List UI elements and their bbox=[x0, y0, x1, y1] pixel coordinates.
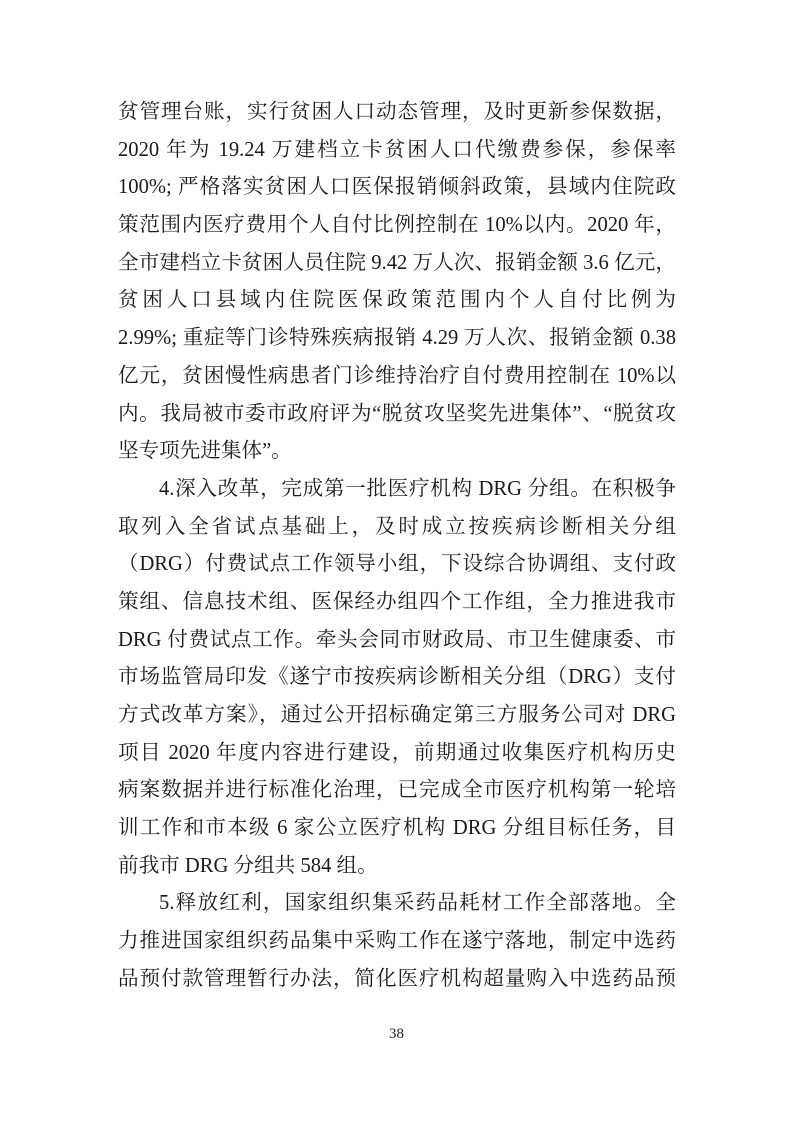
text-line: 坚专项先进集体”。 bbox=[118, 433, 676, 471]
text-line: 项目 2020 年度内容进行建设，前期通过收集医疗机构历史 bbox=[118, 735, 676, 773]
text-line: 取列入全省试点基础上，及时成立按疾病诊断相关分组 bbox=[118, 509, 676, 547]
text-line: 2020 年为 19.24 万建档立卡贫困人口代缴费参保，参保率 bbox=[118, 132, 676, 170]
text-line: 2.99%; 重症等门诊特殊疾病报销 4.29 万人次、报销金额 0.38 bbox=[118, 320, 676, 358]
text-line: 策范围内医疗费用个人自付比例控制在 10%以内。2020 年， bbox=[118, 207, 676, 245]
text-line: 5.释放红利，国家组织集采药品耗材工作全部落地。全 bbox=[118, 885, 676, 923]
text-line: 内。我局被市委市政府评为“脱贫攻坚奖先进集体”、“脱贫攻 bbox=[118, 396, 676, 434]
text-line: 训工作和市本级 6 家公立医疗机构 DRG 分组目标任务，目 bbox=[118, 810, 676, 848]
text-line: 贫管理台账，实行贫困人口动态管理，及时更新参保数据， bbox=[118, 94, 676, 132]
page-body-text: 贫管理台账，实行贫困人口动态管理，及时更新参保数据，2020 年为 19.24 … bbox=[118, 94, 676, 999]
page-number: 38 bbox=[0, 1024, 793, 1044]
document-page: 贫管理台账，实行贫困人口动态管理，及时更新参保数据，2020 年为 19.24 … bbox=[0, 0, 793, 1122]
text-line: 贫困人口县域内住院医保政策范围内个人自付比例为 bbox=[118, 282, 676, 320]
text-line: 前我市 DRG 分组共 584 组。 bbox=[118, 848, 676, 886]
text-line: 100%; 严格落实贫困人口医保报销倾斜政策，县域内住院政 bbox=[118, 169, 676, 207]
text-line: 病案数据并进行标准化治理，已完成全市医疗机构第一轮培 bbox=[118, 772, 676, 810]
text-line: 方式改革方案》，通过公开招标确定第三方服务公司对 DRG bbox=[118, 697, 676, 735]
text-line: DRG 付费试点工作。牵头会同市财政局、市卫生健康委、市 bbox=[118, 622, 676, 660]
text-line: （DRG）付费试点工作领导小组，下设综合协调组、支付政 bbox=[118, 546, 676, 584]
text-line: 策组、信息技术组、医保经办组四个工作组，全力推进我市 bbox=[118, 584, 676, 622]
text-line: 4.深入改革，完成第一批医疗机构 DRG 分组。在积极争 bbox=[118, 471, 676, 509]
text-line: 力推进国家组织药品集中采购工作在遂宁落地，制定中选药 bbox=[118, 923, 676, 961]
text-line: 全市建档立卡贫困人员住院 9.42 万人次、报销金额 3.6 亿元， bbox=[118, 245, 676, 283]
text-line: 品预付款管理暂行办法，简化医疗机构超量购入中选药品预 bbox=[118, 961, 676, 999]
text-line: 市场监管局印发《遂宁市按疾病诊断相关分组（DRG）支付 bbox=[118, 659, 676, 697]
text-line: 亿元，贫困慢性病患者门诊维持治疗自付费用控制在 10%以 bbox=[118, 358, 676, 396]
